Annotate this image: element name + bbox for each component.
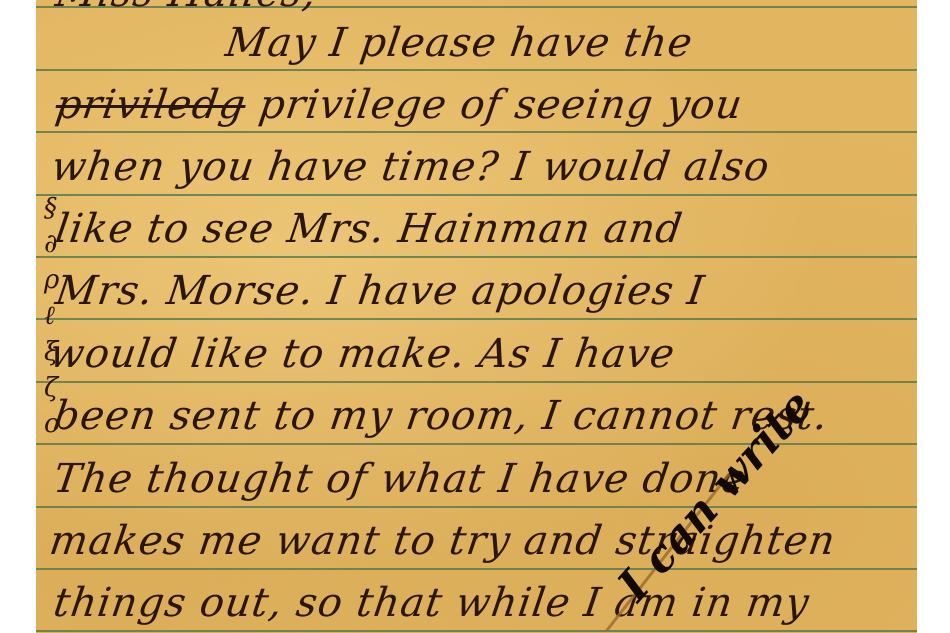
letter-line-0: Miss Hailes,	[53, 0, 320, 16]
letter-paper: Miss Hailes, May I please have the privi…	[36, 0, 917, 633]
letter-line-3: when you have time? I would also	[49, 144, 773, 190]
letter-line-10: things out, so that while I am in my	[51, 580, 813, 626]
letter-line-7: been sent to my room, I cannot rest.	[51, 393, 832, 439]
ruled-line	[36, 506, 917, 508]
struck-word: priviledg	[53, 82, 249, 128]
letter-line-4: like to see Mrs. Hainman and	[53, 206, 686, 252]
letter-line-5: Mrs. Morse. I have apologies I	[53, 268, 708, 314]
ruled-line	[36, 69, 917, 71]
margin-scribble: §∂ρℓξζо	[44, 190, 66, 470]
letter-line-1: May I please have the	[223, 20, 696, 66]
ruled-line	[36, 194, 917, 196]
ruled-line	[36, 630, 917, 632]
line-2-text: privilege of seeing you	[256, 82, 746, 128]
letter-line-8: The thought of what I have done	[51, 456, 750, 502]
letter-line-6: would like to make. As I have	[47, 331, 678, 377]
ruled-line	[36, 256, 917, 258]
ruled-line	[36, 568, 917, 570]
ruled-line	[36, 318, 917, 320]
ruled-line	[36, 131, 917, 133]
letter-line-2: priviledg privilege of seeing you	[53, 82, 746, 128]
